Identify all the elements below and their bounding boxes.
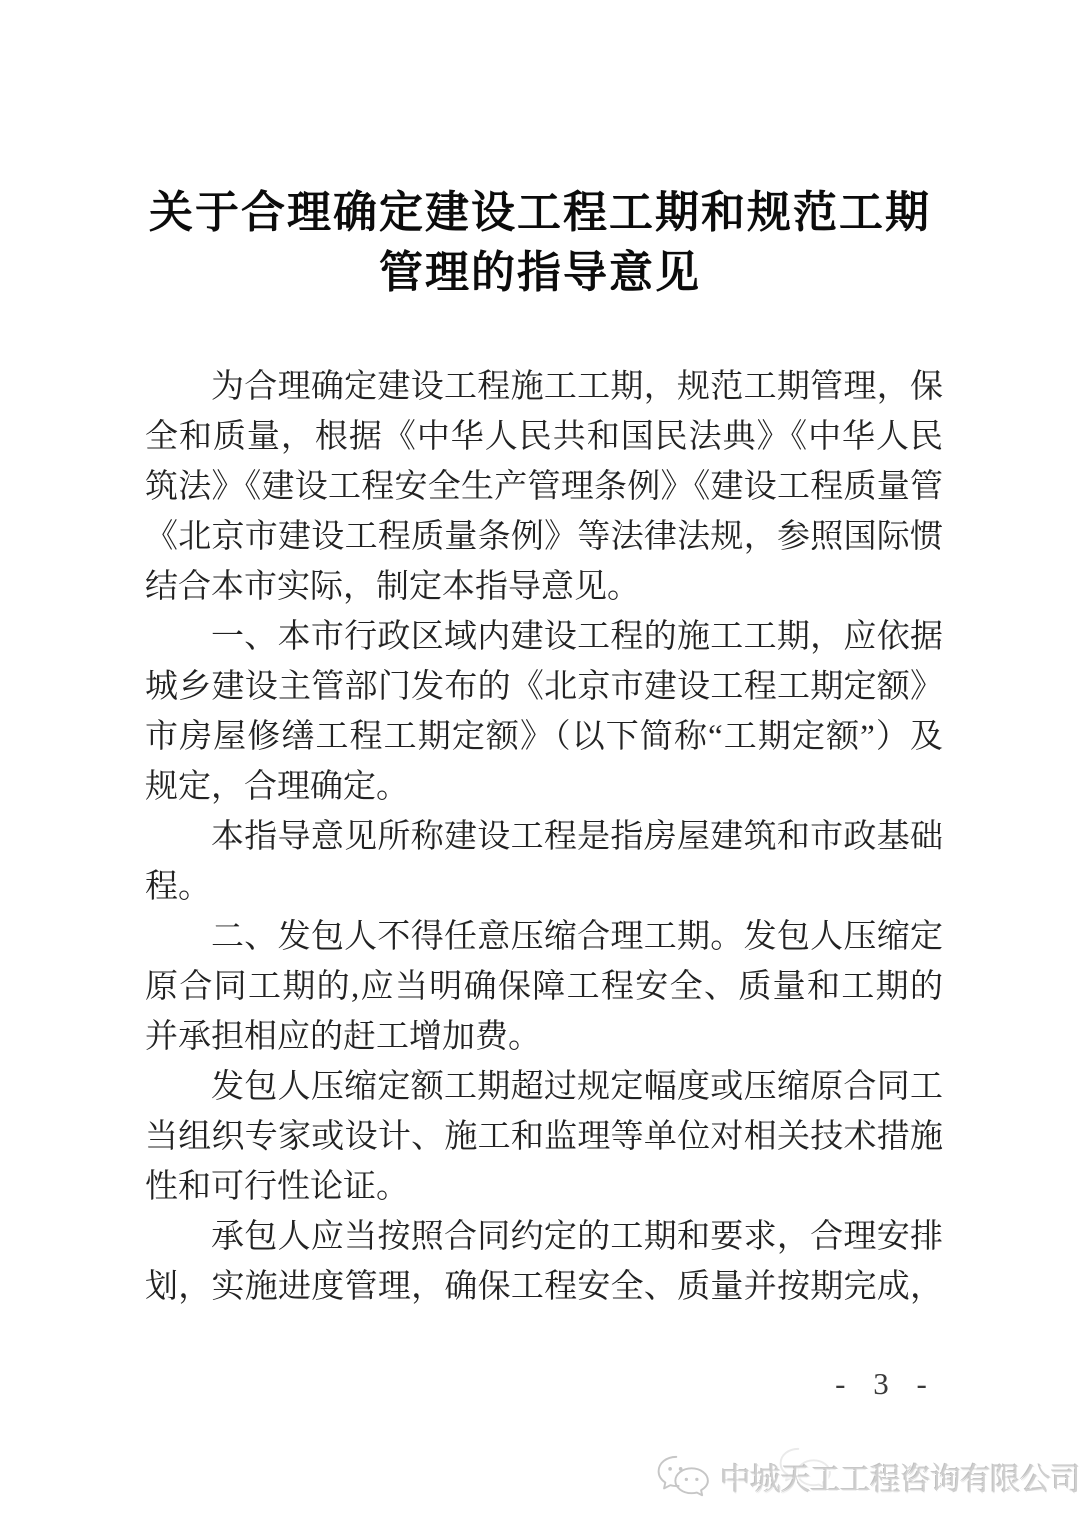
body-line: 本指导意见所称建设工程是指房屋建筑和市政基础设施工 [145, 812, 943, 862]
paragraph: 本指导意见所称建设工程是指房屋建筑和市政基础设施工程。 [145, 812, 943, 912]
body-line: 结合本市实际，制定本指导意见。 [145, 562, 943, 612]
body-line: 当组织专家或设计、施工和监理等单位对相关技术措施进行合规 [145, 1112, 943, 1162]
body-line: 全和质量，根据《中华人民共和国民法典》《中华人民共和国建 [145, 412, 943, 462]
body-line: 一、本市行政区域内建设工程的施工工期，应依据市住房和 [145, 612, 943, 662]
watermark-text: 中城天工工程咨询有限公司 [720, 1454, 1080, 1499]
wechat-icon [656, 1454, 710, 1498]
document-page: 关于合理确定建设工程工期和规范工期 管理的指导意见 为合理确定建设工程施工工期，… [0, 0, 1080, 1528]
body-line: 为合理确定建设工程施工工期，规范工期管理，保障工程安 [145, 362, 943, 412]
document-title-line-1: 关于合理确定建设工程工期和规范工期 [0, 183, 1080, 243]
body-line: 划，实施进度管理，确保工程安全、质量并按期完成，未按期完 [145, 1262, 943, 1312]
body-line: 《北京市建设工程质量条例》等法律法规，参照国际惯例做法， [145, 512, 943, 562]
page-number: - 3 - [826, 1366, 946, 1402]
paragraph: 发包人压缩定额工期超过规定幅度或压缩原合同工期的,应当组织专家或设计、施工和监理… [145, 1062, 943, 1212]
paragraph: 为合理确定建设工程施工工期，规范工期管理，保障工程安全和质量，根据《中华人民共和… [145, 362, 943, 612]
body-line: 程。 [145, 862, 943, 912]
document-body: 为合理确定建设工程施工工期，规范工期管理，保障工程安全和质量，根据《中华人民共和… [145, 362, 943, 1312]
body-line: 原合同工期的,应当明确保障工程安全、质量和工期的技术措施, [145, 962, 943, 1012]
footer-watermark: 中城天工工程咨询有限公司 [656, 1450, 1080, 1502]
paragraph: 一、本市行政区域内建设工程的施工工期，应依据市住房和城乡建设主管部门发布的《北京… [145, 612, 943, 812]
paragraph: 二、发包人不得任意压缩合理工期。发包人压缩定额工期或原合同工期的,应当明确保障工… [145, 912, 943, 1062]
body-line: 承包人应当按照合同约定的工期和要求，合理安排进度计 [145, 1212, 943, 1262]
body-line: 规定，合理确定。 [145, 762, 943, 812]
body-line: 城乡建设主管部门发布的《北京市建设工程工期定额》和《北京 [145, 662, 943, 712]
body-line: 发包人压缩定额工期超过规定幅度或压缩原合同工期的,应 [145, 1062, 943, 1112]
body-line: 二、发包人不得任意压缩合理工期。发包人压缩定额工期或 [145, 912, 943, 962]
body-line: 性和可行性论证。 [145, 1162, 943, 1212]
paragraph: 承包人应当按照合同约定的工期和要求，合理安排进度计划，实施进度管理，确保工程安全… [145, 1212, 943, 1312]
body-line: 并承担相应的赶工增加费。 [145, 1012, 943, 1062]
document-title-line-2: 管理的指导意见 [0, 243, 1080, 303]
body-line: 市房屋修缮工程工期定额》（以下简称“工期定额”）及相关管理 [145, 712, 943, 762]
body-line: 筑法》《建设工程安全生产管理条例》《建设工程质量管理条例》 [145, 462, 943, 512]
document-title: 关于合理确定建设工程工期和规范工期 管理的指导意见 [0, 183, 1080, 303]
